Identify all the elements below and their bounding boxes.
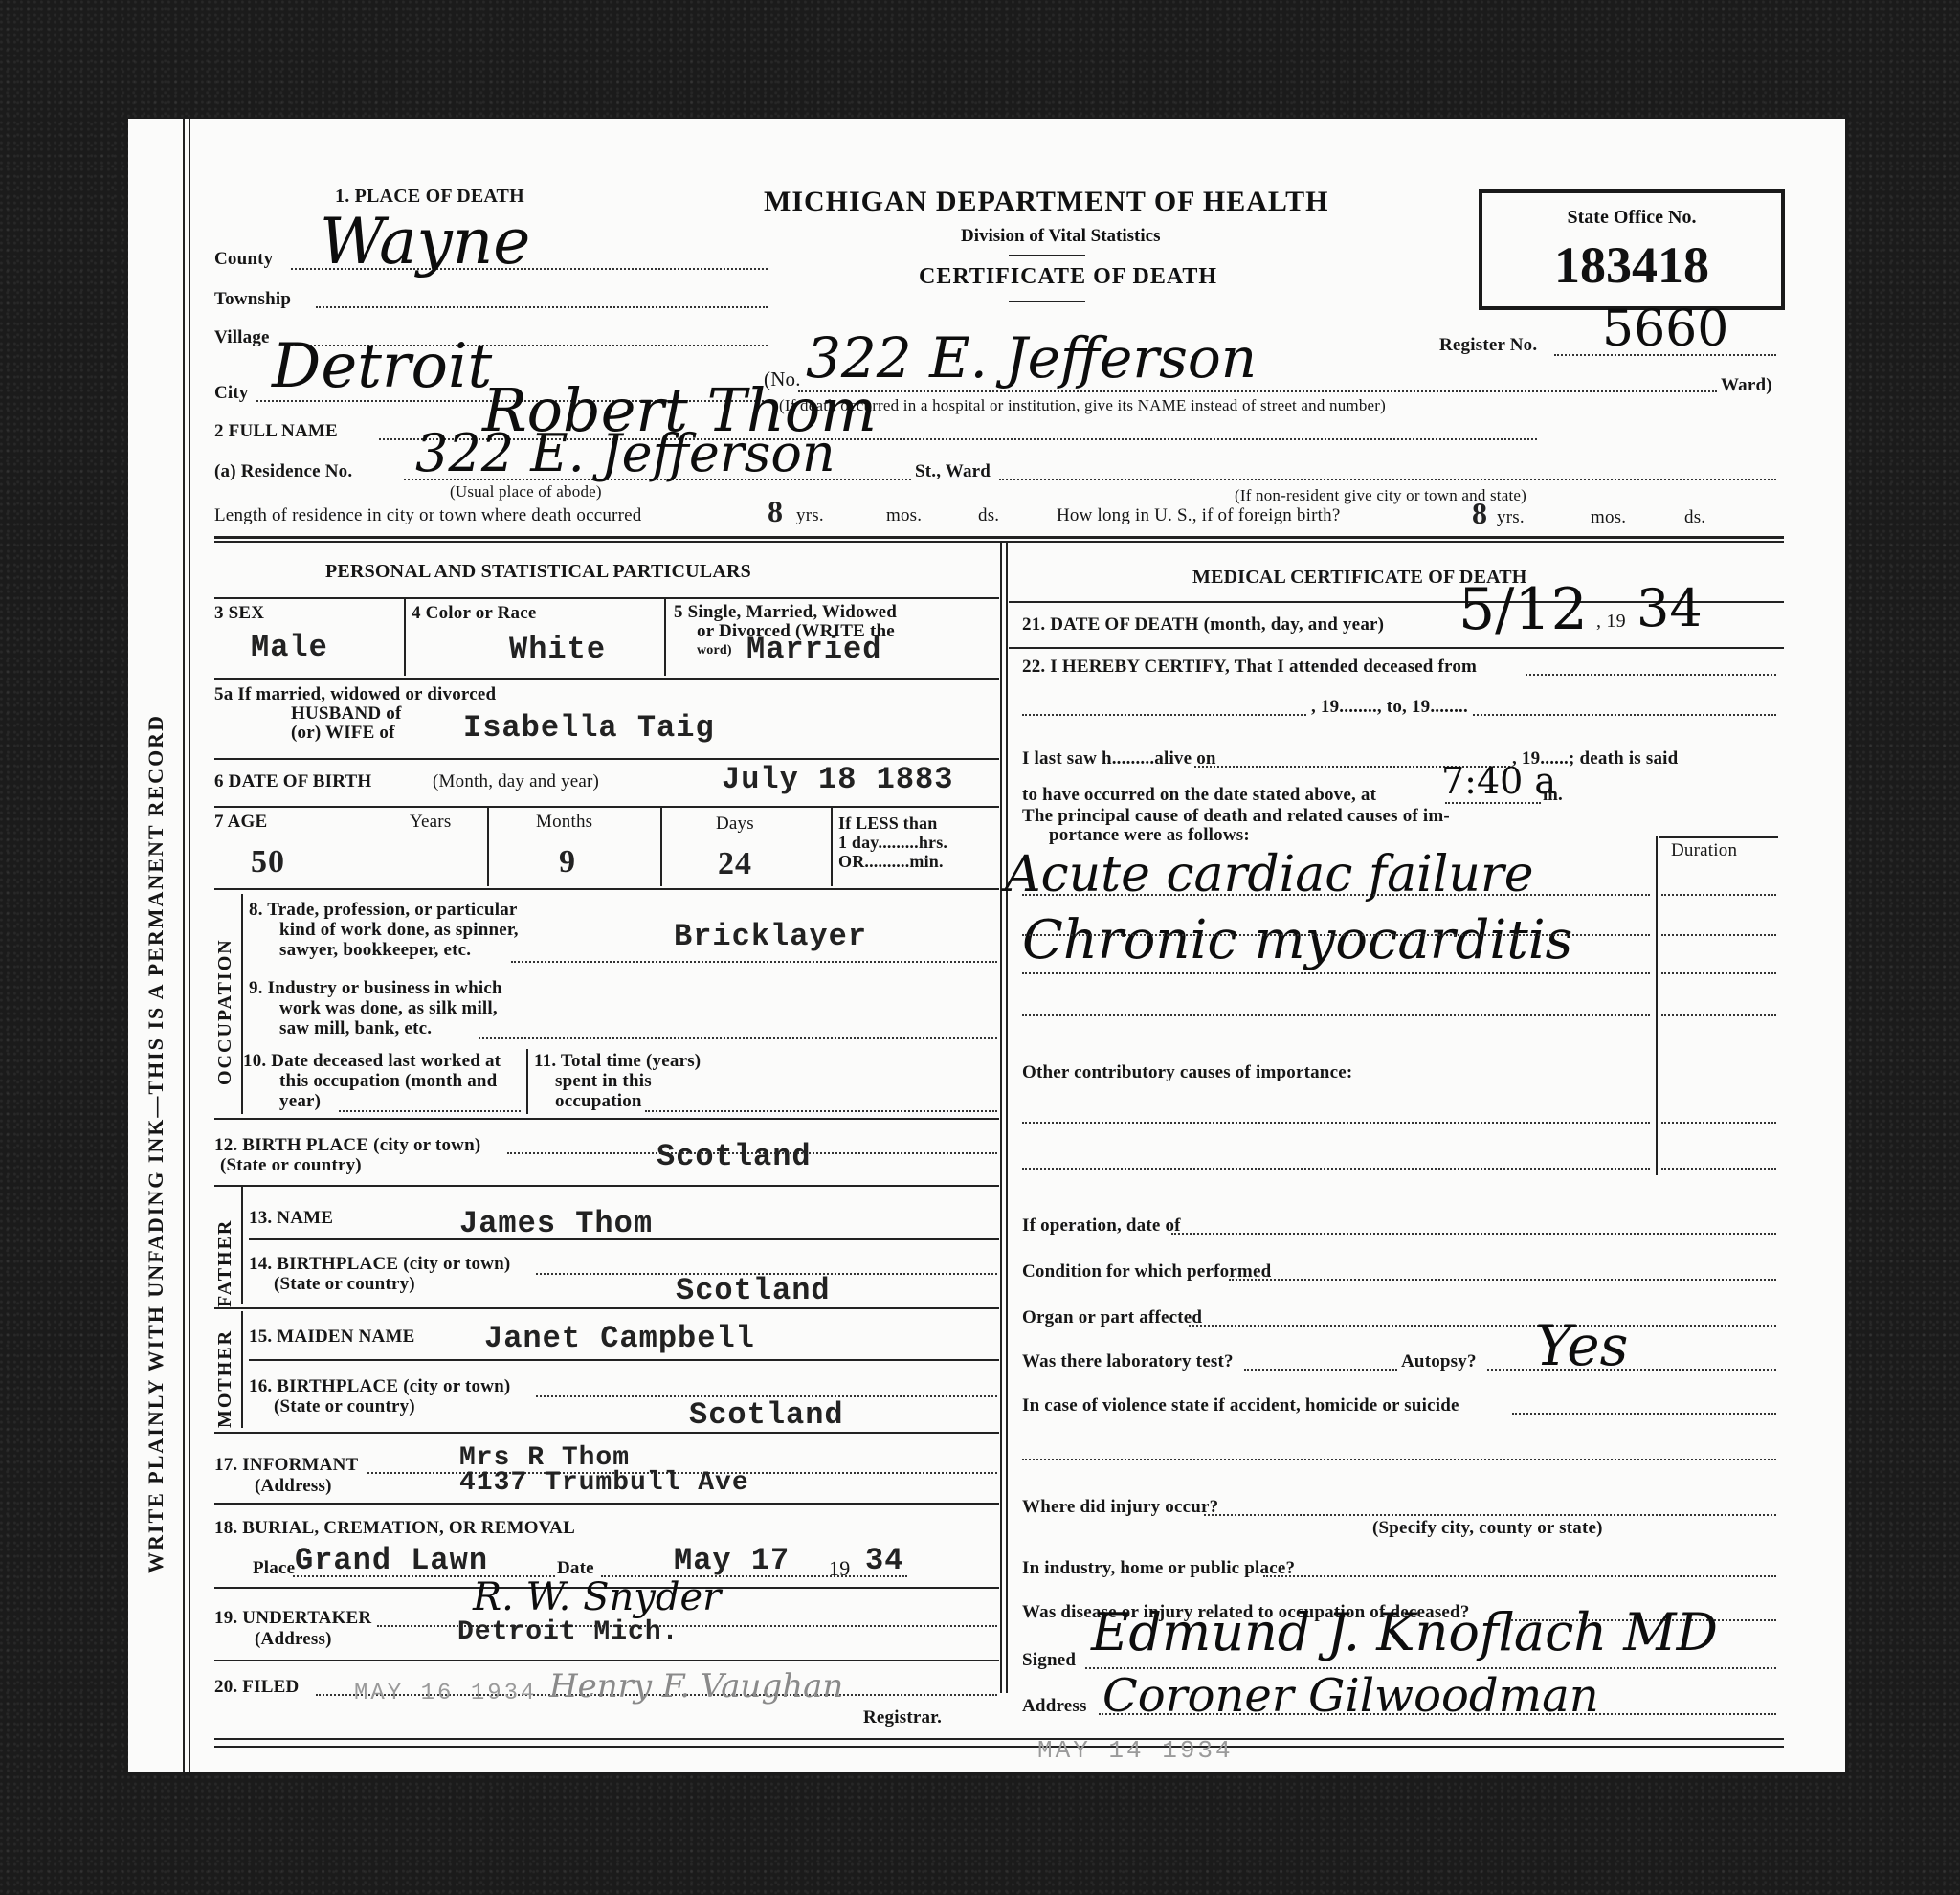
register-label: Register No. [1439,335,1537,356]
filed-date-stamp[interactable]: MAY 16 1934 [354,1681,537,1706]
years-label: Years [410,812,451,833]
last-worked-line[interactable] [339,1110,521,1112]
mother-birthplace-label: 16. BIRTHPLACE (city or town) (State or … [249,1376,510,1416]
footer-rule [214,1738,1784,1740]
row-rule [214,1503,999,1505]
cause-label-2: portance were as follows: [1049,825,1250,846]
street-line [798,390,1717,392]
cause-secondary[interactable]: Chronic myocarditis [1022,909,1572,971]
state-office-box: State Office No. 183418 [1479,189,1785,310]
organ-label: Organ or part affected [1022,1307,1202,1328]
contributory-line[interactable] [1022,1168,1650,1170]
residence-value[interactable]: 322 E. Jefferson [415,423,835,483]
register-number[interactable]: 5660 [1602,301,1728,358]
undertaker-signature[interactable]: R. W. Snyder [473,1575,721,1619]
ds-label: ds. [978,505,999,526]
condition-line[interactable] [1229,1279,1776,1281]
specify-note: (Specify city, county or state) [1372,1518,1603,1539]
trade-line [511,961,997,963]
cause-label-1: The principal cause of death and related… [1022,806,1450,827]
trade-label: 8. Trade, profession, or particular kind… [249,900,519,960]
received-stamp: MAY 14 1934 [1037,1736,1234,1765]
burial-year-prefix: 19 [829,1556,850,1581]
county-label: County [214,249,273,270]
informant-address-label: (Address) [255,1476,332,1497]
burial-label: 18. BURIAL, CREMATION, OR REMOVAL [214,1518,575,1539]
cause-line[interactable] [1022,972,1650,974]
mother-birthplace-label-line: 16. BIRTHPLACE (city or town) [249,1376,510,1396]
filed-label: 20. FILED [214,1677,299,1698]
birthplace-label: 12. BIRTH PLACE (city or town) (State or… [214,1135,480,1175]
less-label-line: 1 day.........hrs. [838,833,947,852]
cell-divider [404,597,406,676]
total-time-line[interactable] [645,1110,997,1112]
full-name-label: 2 FULL NAME [214,421,338,442]
autopsy-label: Autopsy? [1401,1351,1477,1372]
duration-divider [1656,836,1658,1175]
mother-name-value[interactable]: Janet Campbell [484,1321,755,1356]
margin-instruction: WRITE PLAINLY WITH UNFADING INK—THIS IS … [144,714,168,1573]
abode-note: (Usual place of abode) [450,482,602,502]
duration-line[interactable] [1661,894,1776,896]
occurred-label: to have occurred on the date stated abov… [1022,785,1376,806]
informant-address[interactable]: 4137 Trumbull Ave [459,1468,749,1498]
us-ds-label: ds. [1684,507,1705,528]
total-time-label-line: spent in this [534,1071,701,1091]
autopsy-value[interactable]: Yes [1535,1313,1628,1378]
contributory-label: Other contributory causes of importance: [1022,1062,1352,1083]
row-rule [214,1185,999,1187]
state-office-number: 183418 [1482,235,1781,295]
st-ward-label: St., Ward [915,461,991,482]
last-worked-label: 10. Date deceased last worked at this oc… [243,1051,501,1111]
row-rule [214,1307,999,1309]
injury-where-line[interactable] [1204,1514,1776,1516]
lab-test-line[interactable] [1244,1369,1397,1371]
age-days[interactable]: 24 [718,846,752,882]
industry-label: 9. Industry or business in which work wa… [249,978,502,1038]
registrar-label: Registrar. [863,1707,942,1728]
time-of-death[interactable]: 7:40 a [1441,760,1556,802]
ward-line[interactable] [999,479,1776,480]
dod-label: 21. DATE OF DEATH (month, day, and year) [1022,614,1384,635]
cell-divider [660,806,662,886]
less-than-day-label: If LESS than 1 day.........hrs. OR......… [838,814,947,871]
m-suffix: m. [1543,785,1563,806]
margin-rule [183,119,185,1772]
spouse-value[interactable]: Isabella Taig [463,710,715,746]
months-label: Months [536,812,592,833]
state-office-label: State Office No. [1482,207,1781,229]
certificate-title: CERTIFICATE OF DEATH [919,264,1217,290]
ward-suffix: Ward) [1721,375,1772,396]
duration-line[interactable] [1661,1168,1776,1170]
header-rule [214,541,1784,543]
race-label: 4 Color or Race [412,603,537,624]
duration-line[interactable] [1661,934,1776,936]
us-mos-label: mos. [1591,507,1626,528]
department-title: MICHIGAN DEPARTMENT OF HEALTH [764,186,1329,218]
birthplace-value[interactable]: Scotland [657,1139,812,1174]
us-yrs-label: yrs. [1497,507,1525,528]
dob-label: 6 DATE OF BIRTH [214,771,371,792]
length-of-residence-label: Length of residence in city or town wher… [214,505,641,526]
birthplace-label-line: 12. BIRTH PLACE (city or town) [214,1135,480,1155]
last-worked-label-line: 10. Date deceased last worked at [243,1051,501,1071]
spouse-label: 5a If married, widowed or divorced HUSBA… [214,685,496,743]
dob-hint: (Month, day and year) [433,771,599,792]
occupation-side-label: OCCUPATION [214,938,236,1085]
us-residence-years[interactable]: 8 [1472,496,1488,531]
birthplace-label-line: (State or country) [214,1155,480,1175]
row-rule [249,1359,999,1361]
violence-label: In case of violence state if accident, h… [1022,1395,1459,1416]
death-certificate: WRITE PLAINLY WITH UNFADING INK—THIS IS … [128,119,1845,1772]
cell-divider [526,1049,528,1114]
address-label: Address [1022,1696,1087,1717]
row-rule [214,678,999,680]
attended-from-line[interactable] [1526,674,1776,676]
injury-where-label: Where did injury occur? [1022,1497,1218,1518]
row-rule [214,1660,999,1661]
division-title: Division of Vital Statistics [961,226,1160,247]
city-label: City [214,383,249,404]
industry-label-line: 9. Industry or business in which [249,978,502,998]
cell-divider [487,806,489,886]
undertaker-address-label: (Address) [255,1629,332,1650]
dod-year[interactable]: 34 [1637,578,1703,638]
race-value[interactable]: White [509,632,606,667]
us-residence-label: How long in U. S., if of foreign birth? [1057,505,1340,526]
trade-label-line: 8. Trade, profession, or particular [249,900,519,920]
registrar-signature[interactable]: Henry F. Vaughan [549,1667,843,1705]
days-label: Days [716,814,754,835]
industry-line[interactable] [479,1037,997,1039]
burial-date-value[interactable]: May 17 [674,1543,790,1578]
dod-value[interactable]: 5/12 [1459,576,1588,643]
operation-line[interactable] [1171,1233,1776,1235]
spouse-label-line: HUSBAND of [214,704,496,724]
row-rule [214,597,999,599]
duration-rule [1659,836,1778,838]
father-birthplace-label-line: 14. BIRTHPLACE (city or town) [249,1254,510,1274]
age-months[interactable]: 9 [559,844,576,881]
father-side-label: FATHER [214,1219,236,1307]
township-label: Township [214,289,291,310]
burial-year[interactable]: 34 [865,1543,903,1578]
industry-place-label: In industry, home or public place? [1022,1558,1295,1579]
time-line [1445,802,1541,804]
mother-side-label: MOTHER [214,1329,236,1428]
trade-label-line: sawyer, bookkeeper, etc. [249,940,519,960]
row-rule [214,1432,999,1434]
age-years[interactable]: 50 [251,844,285,881]
father-birthplace-label: 14. BIRTHPLACE (city or town) (State or … [249,1254,510,1294]
mother-birthplace-label-line: (State or country) [249,1396,510,1416]
title-rule [1009,301,1085,302]
duration-label: Duration [1671,840,1737,861]
industry-place-line[interactable] [1263,1575,1776,1577]
physician-address[interactable]: Coroner Gilwoodman [1102,1669,1599,1723]
cell-divider [664,597,666,676]
side-divider [241,1311,243,1428]
contributory-line[interactable] [1022,1122,1650,1124]
less-label-line: OR..........min. [838,852,947,871]
dob-value[interactable]: July 18 1883 [722,762,953,797]
trade-value[interactable]: Bricklayer [674,919,867,954]
total-time-label-line: 11. Total time (years) [534,1051,701,1071]
organ-line[interactable] [1189,1325,1776,1326]
signed-label: Signed [1022,1650,1076,1671]
attended-range-label: , 19........, to, 19........ [1307,697,1472,718]
personal-heading: PERSONAL AND STATISTICAL PARTICULARS [325,561,751,583]
margin-rule [189,119,190,1772]
father-birthplace-label-line: (State or country) [249,1274,510,1294]
spouse-label-line: 5a If married, widowed or divorced [214,685,496,704]
marital-value[interactable]: Married [746,632,881,667]
trade-label-line: kind of work done, as spinner, [249,920,519,940]
sex-value[interactable]: Male [251,630,328,665]
total-time-label-line: occupation [534,1091,701,1111]
violence-line-2[interactable] [1022,1459,1776,1460]
header-rule [214,536,1784,539]
row-rule [1009,647,1784,649]
father-birthplace-value[interactable]: Scotland [676,1273,831,1308]
last-worked-label-line: this occupation (month and [243,1071,501,1091]
row-rule [249,1238,999,1240]
sex-label: 3 SEX [214,603,264,624]
last-worked-label-line: year) [243,1091,501,1111]
age-label: 7 AGE [214,812,267,833]
undertaker-label: 19. UNDERTAKER [214,1608,371,1629]
dod-year-prefix: , 19 [1596,611,1626,633]
total-time-label: 11. Total time (years) spent in this occ… [534,1051,701,1111]
row-rule [214,1118,999,1120]
length-of-residence-years[interactable]: 8 [768,494,784,529]
duration-line[interactable] [1661,1122,1776,1124]
father-name-label: 13. NAME [249,1208,333,1229]
autopsy-line [1487,1369,1776,1371]
industry-label-line: saw mill, bank, etc. [249,1018,502,1038]
residence-label: (a) Residence No. [214,461,352,482]
marital-label-line: 5 Single, Married, Widowed [674,603,897,622]
mother-name-label: 15. MAIDEN NAME [249,1326,414,1348]
industry-label-line: work was done, as silk mill, [249,998,502,1018]
physician-signature[interactable]: Edmund J. Knoflach MD [1091,1602,1718,1662]
row-rule [214,758,999,760]
mother-birthplace-value[interactable]: Scotland [689,1397,844,1433]
burial-place-label: Place [253,1558,295,1579]
village-label: Village [214,327,270,348]
lab-test-label: Was there laboratory test? [1022,1351,1234,1372]
informant-label: 17. INFORMANT [214,1455,358,1476]
column-divider [1006,541,1008,1693]
city-value[interactable]: Detroit [272,331,492,402]
last-saw-label: I last saw h.........alive on [1022,748,1216,769]
row-rule [214,888,999,890]
violence-line[interactable] [1512,1413,1776,1415]
operation-label: If operation, date of [1022,1215,1181,1237]
undertaker-address[interactable]: Detroit Mich. [457,1617,679,1647]
cause-line [1022,934,1650,936]
cause-line [1022,894,1650,896]
burial-place-value[interactable]: Grand Lawn [295,1543,488,1578]
father-name-value[interactable]: James Thom [459,1206,653,1241]
county-value[interactable]: Wayne [320,205,530,279]
township-line[interactable] [316,306,768,308]
duration-line[interactable] [1661,972,1776,974]
certify-label: 22. I HEREBY CERTIFY, That I attended de… [1022,657,1477,678]
column-divider [1000,541,1002,1693]
duration-line[interactable] [1661,1014,1776,1016]
less-label-line: If LESS than [838,814,947,833]
row-rule [214,806,999,808]
side-divider [241,1187,243,1304]
title-rule [1009,255,1085,256]
cell-divider [831,806,833,886]
mos-label: mos. [886,505,922,526]
yrs-label: yrs. [796,505,824,526]
footer-rule [214,1746,1784,1748]
spouse-label-line: (or) WIFE of [214,724,496,743]
cause-line[interactable] [1022,1014,1650,1016]
